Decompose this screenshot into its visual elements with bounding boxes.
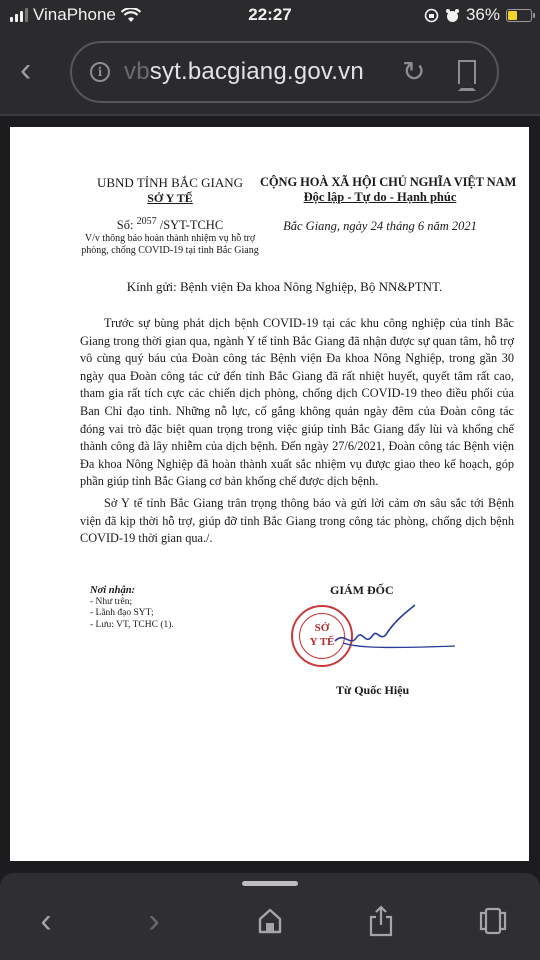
paragraph: Trước sự bùng phát dịch bệnh COVID-19 tạ…: [80, 315, 514, 491]
battery-percent: 36%: [466, 5, 500, 25]
bottom-toolbar: ‹ ›: [0, 873, 540, 960]
recipient-item: - Lãnh đạo SYT;: [90, 608, 174, 620]
tabs-icon: [478, 907, 508, 935]
issuer-header: UBND TỈNH BẮC GIANG SỞ Y TẾ Số: 2057 /SY…: [80, 175, 260, 257]
home-button[interactable]: [250, 903, 290, 939]
header-back-icon[interactable]: ‹: [20, 50, 31, 90]
nation-title: CỘNG HOÀ XÃ HỘI CHỦ NGHĨA VIỆT NAM: [260, 175, 500, 190]
tabs-button[interactable]: [473, 903, 513, 939]
battery-icon: [506, 9, 532, 22]
forward-button[interactable]: ›: [134, 903, 174, 939]
recipient-line: Kính gửi: Bệnh viện Đa khoa Nông Nghiệp,…: [10, 279, 529, 295]
url-text[interactable]: vbsyt.bacgiang.gov.vn: [124, 58, 364, 86]
recipient-item: - Lưu: VT, TCHC (1).: [90, 620, 174, 632]
recipients-title: Nơi nhận:: [90, 585, 174, 597]
date-line: Bắc Giang, ngày 24 tháng 6 năm 2021: [260, 219, 500, 234]
recipients-list: Nơi nhận: - Như trên; - Lãnh đạo SYT; - …: [90, 585, 174, 631]
doc-number-suffix: /SYT-TCHC: [157, 218, 224, 232]
paragraph: Sở Y tế tỉnh Bắc Giang trân trọng thông …: [80, 495, 514, 548]
battery-fill: [508, 11, 517, 20]
director-title: GIÁM ĐỐC: [330, 583, 394, 598]
page-viewport[interactable]: UBND TỈNH BẮC GIANG SỞ Y TẾ Số: 2057 /SY…: [0, 118, 540, 873]
motto: Độc lập - Tự do - Hạnh phúc: [260, 190, 500, 205]
body-text: Trước sự bùng phát dịch bệnh COVID-19 tạ…: [80, 315, 514, 552]
document-subject: V/v thông báo hoàn thành nhiệm vụ hỗ trợ…: [80, 233, 260, 257]
info-icon[interactable]: i: [90, 62, 110, 82]
document-number: Số: 2057 /SYT-TCHC: [80, 216, 260, 233]
signer-name: Từ Quốc Hiệu: [336, 683, 409, 698]
status-right: 36%: [424, 5, 532, 25]
url-domain: syt.bacgiang.gov.vn: [150, 58, 364, 85]
doc-number-value: 2057: [137, 216, 157, 227]
address-bar[interactable]: i vbsyt.bacgiang.gov.vn ↻: [70, 41, 499, 103]
national-header: CỘNG HOÀ XÃ HỘI CHỦ NGHĨA VIỆT NAM Độc l…: [260, 175, 500, 234]
document-page: UBND TỈNH BẮC GIANG SỞ Y TẾ Số: 2057 /SY…: [10, 127, 529, 861]
share-button[interactable]: [361, 903, 401, 939]
orientation-lock-icon: [424, 8, 439, 23]
alarm-icon: [445, 8, 460, 23]
agency-name: SỞ Y TẾ: [80, 191, 260, 206]
recipient-item: - Như trên;: [90, 597, 174, 609]
doc-number-prefix: Số:: [117, 218, 137, 232]
status-bar: VinaPhone 22:27 36%: [0, 0, 540, 34]
agency-parent: UBND TỈNH BẮC GIANG: [80, 175, 260, 191]
back-button[interactable]: ‹: [26, 903, 66, 939]
browser-header: ‹ i vbsyt.bacgiang.gov.vn ↻: [0, 34, 540, 116]
share-icon: [368, 905, 394, 937]
signature-icon: [315, 603, 455, 673]
signature-block: GIÁM ĐỐC SỞ Y TẾ Từ Quốc Hiệu: [280, 583, 460, 703]
back-icon: ‹: [40, 902, 51, 941]
url-faded-prefix: vb: [124, 58, 150, 85]
toolbar-grabber[interactable]: [242, 881, 298, 886]
bookmark-icon[interactable]: [458, 60, 476, 84]
forward-icon: ›: [148, 902, 159, 941]
home-icon: [257, 907, 283, 935]
reload-icon[interactable]: ↻: [402, 55, 425, 88]
